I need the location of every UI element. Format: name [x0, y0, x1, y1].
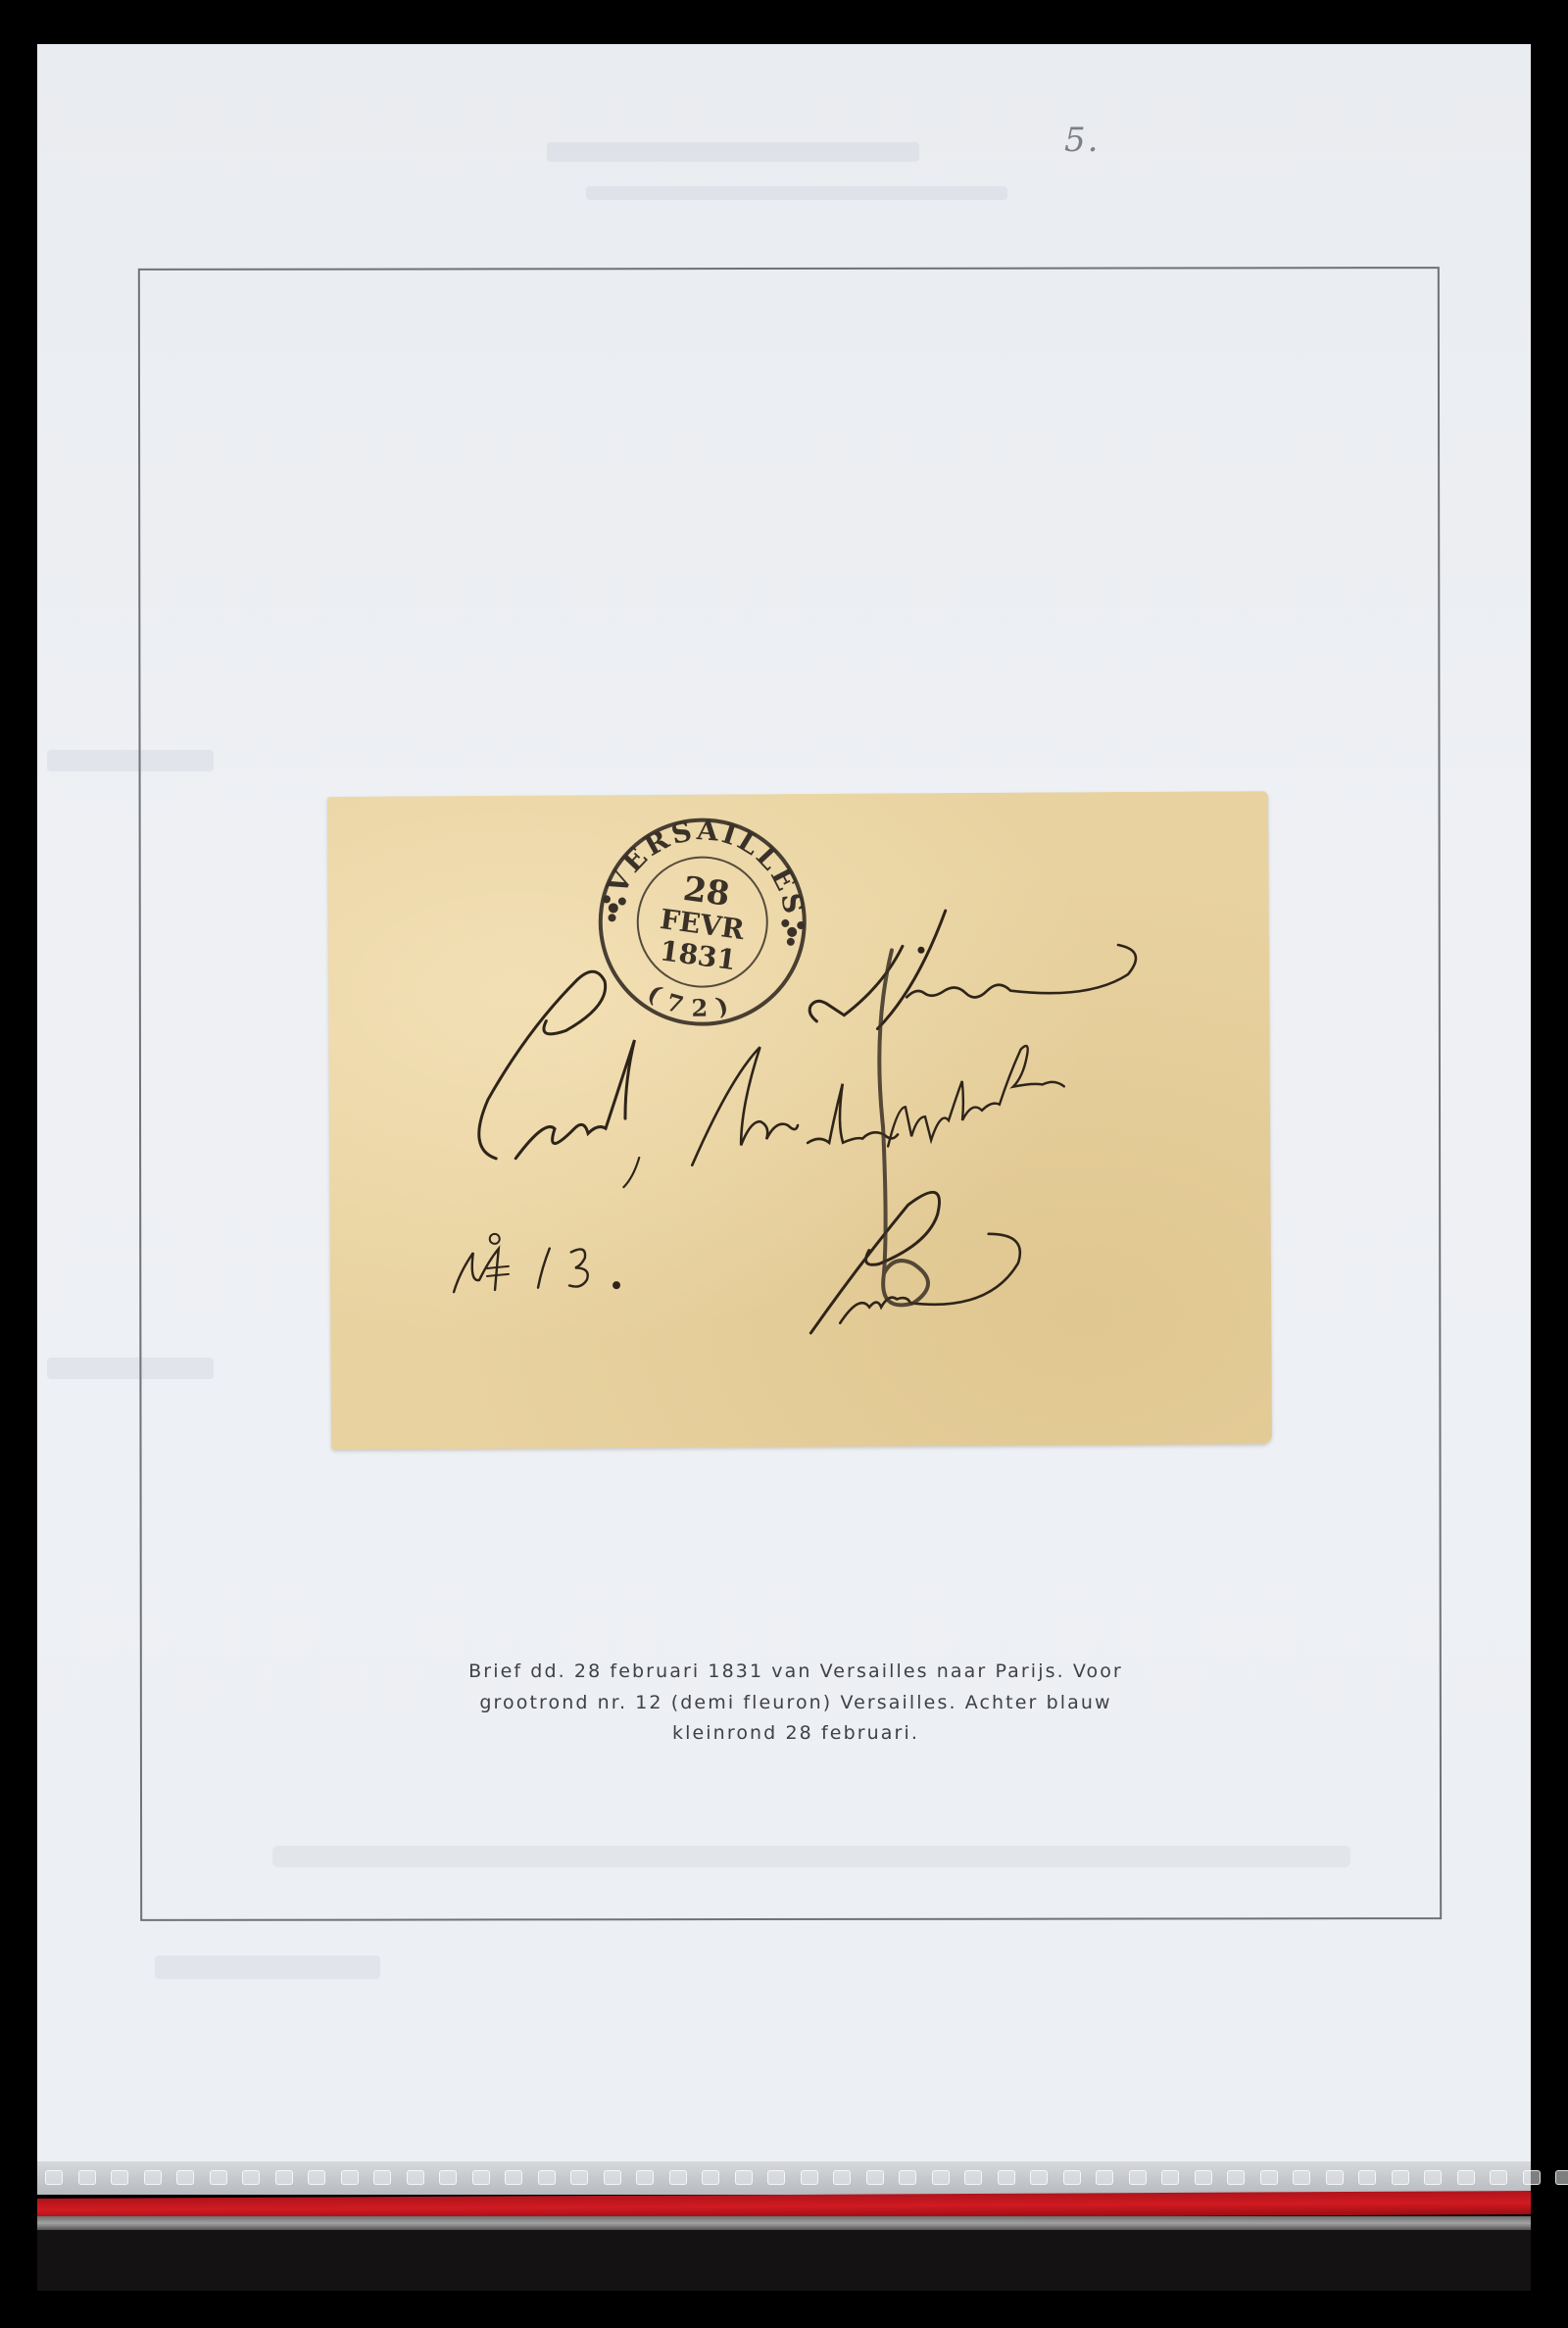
perforation-hole [1096, 2170, 1113, 2185]
album-binder-edge [37, 2161, 1531, 2328]
perforation-hole [866, 2170, 884, 2185]
envelope-artwork: VERSAILLES (72) 28 FEVR 1831 [327, 791, 1272, 1450]
perforation-hole [45, 2170, 63, 2185]
perforation-hole [1555, 2170, 1568, 2185]
perforation-hole [1358, 2170, 1376, 2185]
envelope-cover: VERSAILLES (72) 28 FEVR 1831 [327, 791, 1272, 1450]
perforation-hole [1392, 2170, 1409, 2185]
perforation-hole [176, 2170, 194, 2185]
perforation-hole [1260, 2170, 1278, 2185]
perforation-hole [407, 2170, 424, 2185]
perforation-hole [1030, 2170, 1048, 2185]
perforation-hole [767, 2170, 785, 2185]
binder-shadow [37, 2230, 1531, 2291]
postmark-stamp: VERSAILLES (72) 28 FEVR 1831 [584, 801, 822, 1037]
perforation-hole [275, 2170, 293, 2185]
caption-line: grootrond nr. 12 (demi fleuron) Versaill… [353, 1688, 1239, 1719]
perforation-hole [964, 2170, 982, 2185]
perforation-hole [1227, 2170, 1245, 2185]
page-number: 5. [1064, 121, 1100, 160]
show-through-mark [155, 1956, 380, 1979]
perforation-hole [998, 2170, 1015, 2185]
perforation-hole [735, 2170, 753, 2185]
perforation-hole [801, 2170, 818, 2185]
perforation-hole [78, 2170, 96, 2185]
perforation-hole [702, 2170, 719, 2185]
perforation-hole [1161, 2170, 1179, 2185]
perforation-hole [1490, 2170, 1507, 2185]
perforated-sheet-strip [37, 2161, 1531, 2195]
description-caption: Brief dd. 28 februari 1831 van Versaille… [353, 1657, 1239, 1750]
perforation-hole [538, 2170, 556, 2185]
perforation-hole [932, 2170, 950, 2185]
caption-line: Brief dd. 28 februari 1831 van Versaille… [353, 1657, 1239, 1688]
perforation-hole [1326, 2170, 1344, 2185]
perforation-hole [1424, 2170, 1442, 2185]
show-through-caption [272, 1846, 1350, 1867]
show-through-mark [547, 142, 919, 162]
perforation-hole [210, 2170, 227, 2185]
perforation-hole [1293, 2170, 1310, 2185]
perforation-hole [472, 2170, 490, 2185]
perforation-hole [111, 2170, 128, 2185]
perforation-hole [1195, 2170, 1212, 2185]
perforation-hole [570, 2170, 588, 2185]
perforation-hole [242, 2170, 260, 2185]
perforation-hole [505, 2170, 522, 2185]
perforation-row [45, 2170, 1523, 2186]
perforation-hole [373, 2170, 391, 2185]
perforation-hole [439, 2170, 457, 2185]
perforation-hole [144, 2170, 162, 2185]
perforation-hole [341, 2170, 359, 2185]
perforation-hole [636, 2170, 654, 2185]
perforation-hole [1523, 2170, 1541, 2185]
perforation-hole [308, 2170, 325, 2185]
fleuron-icon [600, 895, 626, 923]
perforation-hole [604, 2170, 621, 2185]
perforation-hole [833, 2170, 851, 2185]
perforation-hole [1457, 2170, 1475, 2185]
handwritten-address [452, 910, 1139, 1335]
binder-rail [37, 2216, 1531, 2230]
perforation-hole [669, 2170, 687, 2185]
perforation-hole [899, 2170, 916, 2185]
perforation-hole [1129, 2170, 1147, 2185]
caption-line: kleinrond 28 februari. [353, 1718, 1239, 1750]
show-through-mark [586, 186, 1007, 200]
perforation-hole [1063, 2170, 1081, 2185]
